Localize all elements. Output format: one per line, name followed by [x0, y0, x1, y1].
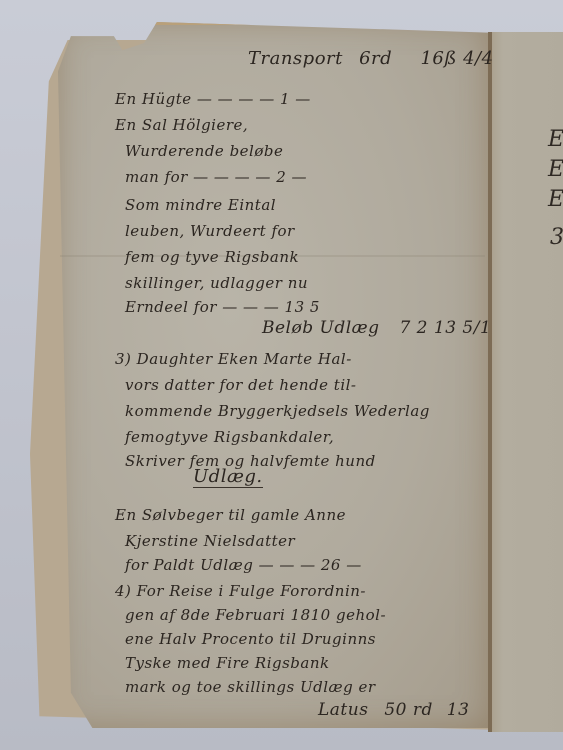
facing-page: E E E 3: [488, 32, 563, 732]
entry-line: 3) Daughter Eken Marte Hal-: [115, 350, 352, 368]
latus-row: Latus 50 rd 13: [318, 700, 469, 720]
transport-amount-rd: 6rd: [359, 48, 392, 69]
latus-amount-rd: 50 rd: [384, 700, 433, 720]
facing-page-edge: [488, 32, 492, 732]
entry-line: En Sal Hölgiere,: [115, 116, 248, 134]
transport-header: Transport 6rd 16ß 4/4: [248, 48, 494, 69]
entry-line: En Sølvbeger til gamle Anne: [115, 506, 346, 524]
latus-amount-skilling: 13: [447, 700, 470, 720]
subtotal-label: Beløb Udlæg: [262, 318, 380, 338]
entry-line: ene Halv Procento til Druginns: [125, 630, 376, 648]
entry-line: mark og toe skillings Udlæg er: [125, 678, 376, 696]
entry-line: Som mindre Eintal: [125, 196, 276, 214]
entry-line: fem og tyve Rigsbank: [125, 248, 299, 266]
entry-line: for Paldt Udlæg — — — 26 —: [125, 556, 362, 574]
facing-page-glyph: 3: [550, 225, 563, 250]
subtotal-value: 7 2 13 5/1: [399, 318, 491, 338]
entry-line: skillinger, udlagger nu: [125, 274, 308, 292]
entry-line: man for — — — — 2 —: [125, 168, 307, 186]
facing-page-glyph: E: [548, 187, 563, 212]
entry-line: 4) For Reise i Fulge Forordnin-: [115, 582, 366, 600]
facing-page-glyph: E: [548, 127, 563, 152]
transport-amount-skilling: 16ß 4/4: [420, 48, 493, 69]
entry-line: En Hügte — — — — 1 —: [115, 90, 311, 108]
entry-line: Tyske med Fire Rigsbank: [125, 654, 330, 672]
latus-label: Latus: [318, 700, 368, 720]
entry-line: vors datter for det hende til-: [125, 376, 357, 394]
transport-label: Transport: [248, 48, 343, 69]
subtotal-row: Beløb Udlæg 7 2 13 5/1: [262, 318, 491, 338]
entry-line: kommende Bryggerkjedsels Wederlag: [125, 402, 430, 420]
entry-line: Wurderende beløbe: [125, 142, 283, 160]
entry-line: Erndeel for — — — 13 5: [125, 298, 320, 316]
entry-line: femogtyve Rigsbankdaler,: [125, 428, 334, 446]
entry-line: Kjerstine Nielsdatter: [125, 532, 295, 550]
facing-page-glyph: E: [548, 157, 563, 182]
entry-line: leuben, Wurdeert for: [125, 222, 295, 240]
section-heading: Udlæg.: [193, 466, 263, 488]
entry-line: gen af 8de Februari 1810 gehol-: [125, 606, 386, 624]
